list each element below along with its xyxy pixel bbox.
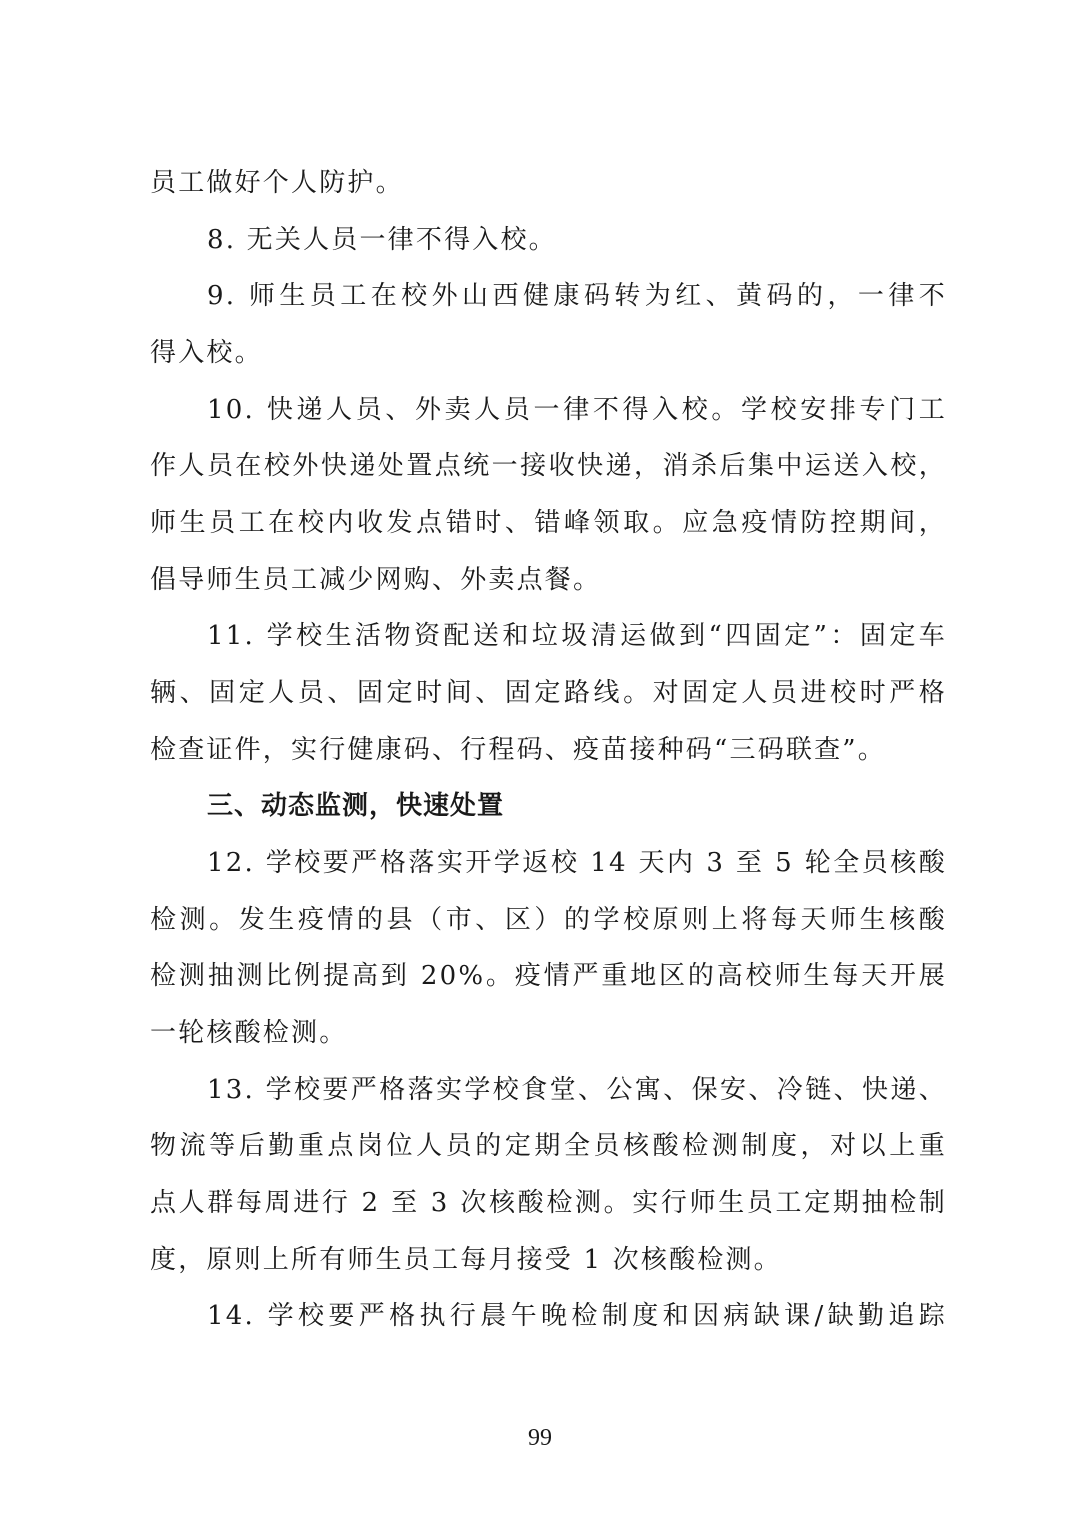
text-line: 10. 快递人员、外卖人员一律不得入校。学校安排专门工 (207, 394, 947, 426)
text-line: 13. 学校要严格落实学校食堂、公寓、保安、冷链、快递、 (207, 1074, 947, 1106)
text-line: 得入校。 (150, 337, 950, 369)
text-line: 员工做好个人防护。 (150, 167, 950, 199)
text-line: 检查证件，实行健康码、行程码、疫苗接种码“三码联查”。 (150, 734, 950, 766)
text-line: 检测抽测比例提高到 20%。疫情严重地区的高校师生每天开展 (150, 960, 947, 992)
page-number: 99 (0, 1425, 1080, 1452)
document-page: 员工做好个人防护。 8. 无关人员一律不得入校。 9. 师生员工在校外山西健康码… (0, 0, 1080, 1527)
text-line: 度，原则上所有师生员工每月接受 1 次核酸检测。 (150, 1244, 950, 1276)
text-line: 一轮核酸检测。 (150, 1017, 950, 1049)
text-line: 师生员工在校内收发点错时、错峰领取。应急疫情防控期间， (150, 507, 947, 539)
text-line: 作人员在校外快递处置点统一接收快递，消杀后集中运送入校， (150, 450, 947, 482)
text-line: 辆、固定人员、固定时间、固定路线。对固定人员进校时严格 (150, 677, 947, 709)
text-line: 12. 学校要严格落实开学返校 14 天内 3 至 5 轮全员核酸 (207, 847, 947, 879)
text-line: 点人群每周进行 2 至 3 次核酸检测。实行师生员工定期抽检制 (150, 1187, 947, 1219)
text-line: 倡导师生员工减少网购、外卖点餐。 (150, 564, 950, 596)
text-line: 9. 师生员工在校外山西健康码转为红、黄码的，一律不 (207, 280, 947, 312)
section-heading: 三、动态监测，快速处置 (207, 790, 1007, 822)
text-line: 14. 学校要严格执行晨午晚检制度和因病缺课/缺勤追踪 (207, 1300, 947, 1332)
text-line: 11. 学校生活物资配送和垃圾清运做到“四固定”：固定车 (207, 620, 947, 652)
text-line: 检测。发生疫情的县（市、区）的学校原则上将每天师生核酸 (150, 904, 947, 936)
text-line: 8. 无关人员一律不得入校。 (207, 224, 1007, 256)
text-line: 物流等后勤重点岗位人员的定期全员核酸检测制度，对以上重 (150, 1130, 947, 1162)
